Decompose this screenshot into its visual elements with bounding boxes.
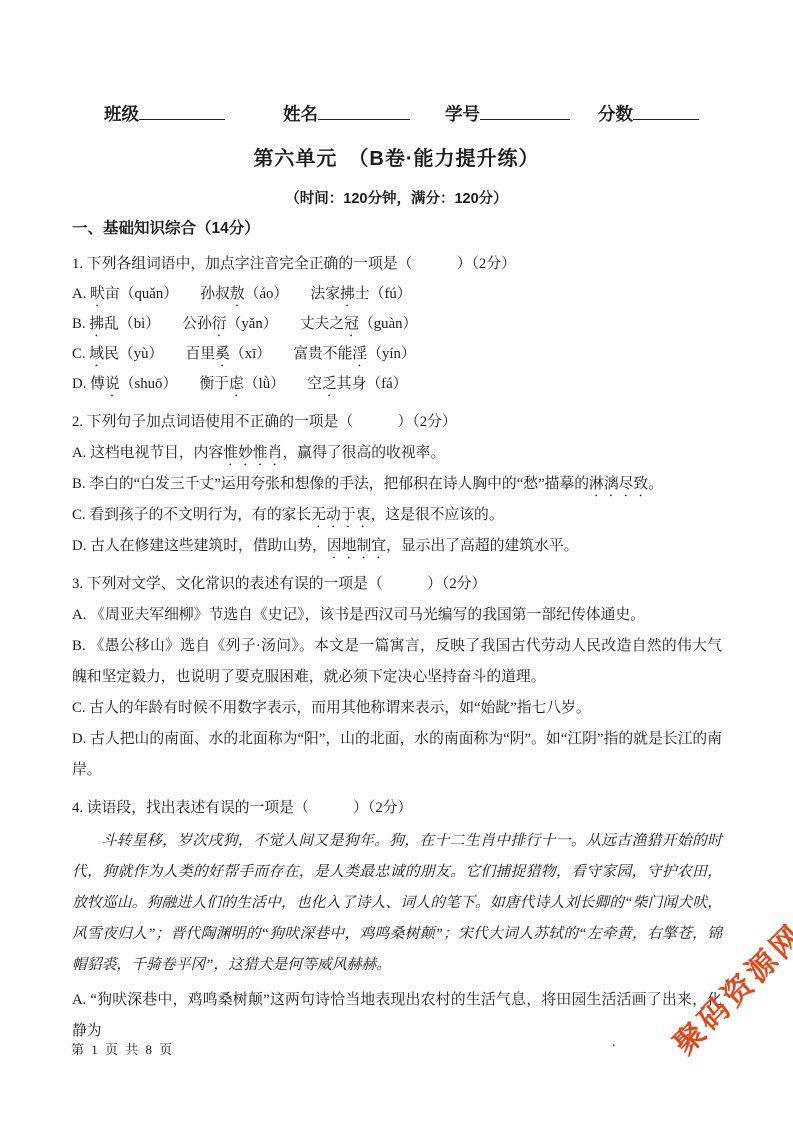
question-1-option-a: A. 畎亩（quǎn） 孙叔敖（áo） 法家拂士（fú） [72, 280, 722, 310]
question-3-stem: 3. 下列对文学、文化常识的表述有误的一项是（ ）（2分） [72, 569, 722, 600]
question-2-stem: 2. 下列句子加点词语使用不正确的一项是（ ）（2分） [72, 407, 722, 438]
question-3-option-b: B. 《愚公移山》选自《列子·汤问》。本文是一篇寓言，反映了我国古代劳动人民改造… [72, 631, 722, 693]
emphasized-text: 淫 [352, 346, 367, 362]
question-3-option-c: C. 古人的年龄有时候不用数字表示，而用其他称谓来表示，如“始龀”指七八岁。 [72, 693, 722, 724]
emphasized-text: 域 [89, 346, 104, 362]
class-blank [139, 105, 225, 120]
emphasized-text: 拂 [89, 316, 104, 332]
name-blank [318, 105, 410, 120]
emphasized-text: 无动于衷 [311, 507, 370, 523]
question-4-passage: 斗转星移，岁次戌狗，不觉人间又是狗年。狗，在十二生肖中排行十一。从远古渔猎开始的… [72, 826, 722, 981]
question-1-option-d: D. 傅说（shuō） 衡于虑（lǜ） 空乏其身（fá） [72, 370, 722, 400]
emphasized-text: 乏 [322, 376, 337, 392]
student-id-blank [480, 105, 570, 120]
emphasized-text: 畎 [90, 286, 105, 302]
question-2-option-c: C. 看到孩子的不文明行为，有的家长无动于衷，这是很不应该的。 [72, 500, 722, 531]
emphasized-text: 虑 [229, 376, 244, 392]
emphasized-text: 淋漓尽致 [589, 476, 648, 492]
score-field: 分数 [598, 101, 699, 126]
question-3-option-a: A. 《周亚夫军细柳》节选自《史记》，该书是西汉司马光编写的我国第一部纪传体通史… [72, 600, 722, 631]
exam-time-info: （时间：120分钟，满分：120分） [0, 187, 793, 208]
emphasized-text: 奚 [215, 346, 230, 362]
question-2-option-b: B. 李白的“白发三千丈”运用夸张和想像的手法，把郁积在诗人胸中的“愁”描摹的淋… [72, 469, 722, 500]
page-number: 第 1 页 共 8 页 [71, 1039, 174, 1058]
question-1-options: A. 畎亩（quǎn） 孙叔敖（áo） 法家拂士（fú） B. 拂乱（bì） 公… [72, 280, 722, 400]
student-id-label: 学号 [445, 104, 480, 124]
emphasized-text: 说 [105, 376, 120, 392]
question-2-option-d: D. 古人在修建这些建筑时，借助山势，因地制宜，显示出了高超的建筑水平。 [72, 531, 722, 562]
score-blank [633, 105, 699, 120]
class-label: 班级 [104, 104, 139, 124]
question-1-option-b: B. 拂乱（bì） 公孙衍（yǎn） 丈夫之冠（guàn） [72, 310, 722, 340]
stray-dot: . [612, 1035, 616, 1051]
emphasized-text: 衍 [212, 316, 227, 332]
class-field: 班级 [104, 101, 225, 126]
emphasized-text: 冠 [344, 316, 359, 332]
question-3-option-d: D. 古人把山的南面、水的北面称为“阳”，山的北面，水的南面称为“阴”。如“江阴… [72, 724, 722, 786]
header-fields: 班级 姓名 学号 分数 [0, 101, 793, 127]
exam-title: 第六单元 （B卷·能力提升练） [0, 142, 793, 171]
name-label: 姓名 [283, 104, 318, 124]
question-1-stem: 1. 下列各组词语中，加点字注音完全正确的一项是（ ）（2分） [72, 249, 722, 280]
emphasized-text: 拂 [340, 286, 355, 302]
score-label: 分数 [598, 104, 633, 124]
questions-area: 1. 下列各组词语中，加点字注音完全正确的一项是（ ）（2分） A. 畎亩（qu… [72, 244, 722, 1047]
name-field: 姓名 [283, 101, 410, 126]
emphasized-text: 惟妙惟肖 [223, 445, 282, 461]
emphasized-text: 因地制宜 [327, 538, 386, 554]
question-4-option-a: A. “狗吠深巷中，鸡鸣桑树颠”这两句诗恰当地表现出农村的生活气息，将田园生活活… [72, 985, 722, 1047]
section-heading: 一、基础知识综合（14分） [72, 216, 260, 238]
question-1-option-c: C. 域民（yù） 百里奚（xī） 富贵不能淫（yín） [72, 340, 722, 370]
question-2-option-a: A. 这档电视节目，内容惟妙惟肖，赢得了很高的收视率。 [72, 438, 722, 469]
student-id-field: 学号 [445, 101, 570, 126]
question-4-stem: 4. 读语段，找出表述有误的一项是（ ）（2分） [72, 793, 722, 824]
emphasized-text: 敖 [230, 286, 245, 302]
